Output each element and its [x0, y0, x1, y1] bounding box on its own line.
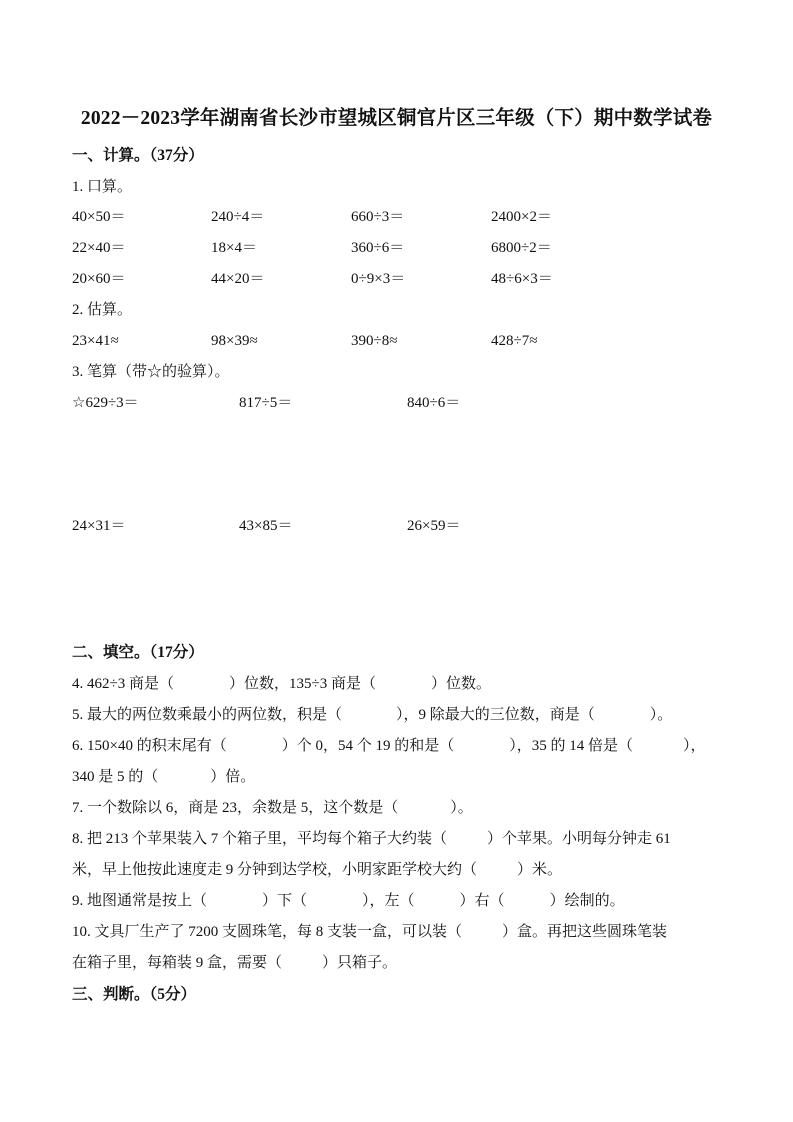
- exam-page: 2022－2023学年湖南省长沙市望城区铜官片区三年级（下）期中数学试卷 一、计…: [0, 0, 793, 1122]
- q10-text: 10. 文具厂生产了 7200 支圆珠笔，每 8 支装一盒，可以装（: [72, 924, 462, 940]
- q3-item: 43×85＝: [239, 516, 292, 536]
- q3-item: 26×59＝: [407, 516, 460, 536]
- q4-text: ）位数。: [431, 676, 491, 692]
- q5: 5. 最大的两位数乘最小的两位数，积是（），9 除最大的三位数，商是（）。: [72, 705, 672, 725]
- q8-line2: 米，早上他按此速度走 9 分钟到达学校，小明家距学校大约（）米。: [72, 860, 562, 880]
- q10-line2: 在箱子里，每箱装 9 盒，需要（）只箱子。: [72, 953, 397, 973]
- q9-text: ），左（: [362, 893, 415, 909]
- q10-text: ）盒。再把这些圆珠笔装: [502, 924, 667, 940]
- q9: 9. 地图通常是按上（）下（），左（）右（）绘制的。: [72, 891, 625, 911]
- q7-text: ）。: [450, 800, 473, 816]
- q5-text: ），9 除最大的三位数，商是（: [396, 707, 595, 723]
- q1-item: 240÷4＝: [211, 207, 264, 227]
- q8: 8. 把 213 个苹果装入 7 个箱子里，平均每个箱子大约装（）个苹果。小明每…: [72, 829, 671, 849]
- q1-item: 18×4＝: [211, 238, 257, 258]
- q6-line2: 340 是 5 的（）倍。: [72, 767, 255, 787]
- section-2-heading: 二、填空。（17分）: [72, 643, 204, 663]
- q1-item: 48÷6×3＝: [491, 269, 553, 289]
- q6-text: 6. 150×40 的积末尾有（: [72, 738, 227, 754]
- q10-text: 在箱子里，每箱装 9 盒，需要（: [72, 955, 282, 971]
- q8-text: ）米。: [517, 862, 562, 878]
- q2-item: 23×41≈: [72, 331, 119, 351]
- q9-text: 9. 地图通常是按上（: [72, 893, 207, 909]
- q5-text: ）。: [650, 707, 673, 723]
- q3-label: 3. 笔算（带☆的验算）。: [72, 362, 230, 382]
- q8-text: 8. 把 213 个苹果装入 7 个箱子里，平均每个箱子大约装（: [72, 831, 447, 847]
- q1-item: 44×20＝: [211, 269, 264, 289]
- q9-text: ）下（: [262, 893, 307, 909]
- q2-item: 98×39≈: [211, 331, 258, 351]
- q2-item: 428÷7≈: [491, 331, 537, 351]
- section-1-heading: 一、计算。（37分）: [72, 146, 204, 166]
- q1-item: 6800÷2＝: [491, 238, 552, 258]
- q5-text: 5. 最大的两位数乘最小的两位数，积是（: [72, 707, 342, 723]
- q1-item: 660÷3＝: [351, 207, 404, 227]
- q6-text: ）倍。: [210, 769, 255, 785]
- q9-text: ）右（: [460, 893, 505, 909]
- q1-item: 20×60＝: [72, 269, 125, 289]
- q7: 7. 一个数除以 6，商是 23，余数是 5，这个数是（）。: [72, 798, 473, 818]
- q7-text: 7. 一个数除以 6，商是 23，余数是 5，这个数是（: [72, 800, 398, 816]
- q2-label: 2. 估算。: [72, 300, 132, 320]
- q10-text: ）只箱子。: [322, 955, 397, 971]
- q3-item: 24×31＝: [72, 516, 125, 536]
- q4-text: ）位数，135÷3 商是（: [229, 676, 376, 692]
- q3-item: 817÷5＝: [239, 393, 292, 413]
- q1-item: 2400×2＝: [491, 207, 552, 227]
- q1-item: 22×40＝: [72, 238, 125, 258]
- q6: 6. 150×40 的积末尾有（）个 0，54 个 19 的和是（），35 的 …: [72, 736, 706, 756]
- q1-label: 1. 口算。: [72, 177, 132, 197]
- q4: 4. 462÷3 商是（）位数，135÷3 商是（）位数。: [72, 674, 491, 694]
- section-3-heading: 三、判断。（5分）: [72, 985, 196, 1005]
- exam-title: 2022－2023学年湖南省长沙市望城区铜官片区三年级（下）期中数学试卷: [0, 102, 793, 130]
- q6-text: ）个 0，54 个 19 的和是（: [282, 738, 455, 754]
- q6-text: ），35 的 14 倍是（: [509, 738, 633, 754]
- q8-text: 米，早上他按此速度走 9 分钟到达学校，小明家距学校大约（: [72, 862, 477, 878]
- q1-item: 40×50＝: [72, 207, 125, 227]
- q1-item: 0÷9×3＝: [351, 269, 405, 289]
- q6-text: ），: [683, 738, 706, 754]
- q1-item: 360÷6＝: [351, 238, 404, 258]
- q3-item: 840÷6＝: [407, 393, 460, 413]
- q2-item: 390÷8≈: [351, 331, 397, 351]
- q9-text: ）绘制的。: [550, 893, 625, 909]
- q4-text: 4. 462÷3 商是（: [72, 676, 174, 692]
- q10: 10. 文具厂生产了 7200 支圆珠笔，每 8 支装一盒，可以装（）盒。再把这…: [72, 922, 667, 942]
- q6-text: 340 是 5 的（: [72, 769, 158, 785]
- q8-text: ）个苹果。小明每分钟走 61: [487, 831, 671, 847]
- q3-item: ☆629÷3＝: [72, 393, 139, 413]
